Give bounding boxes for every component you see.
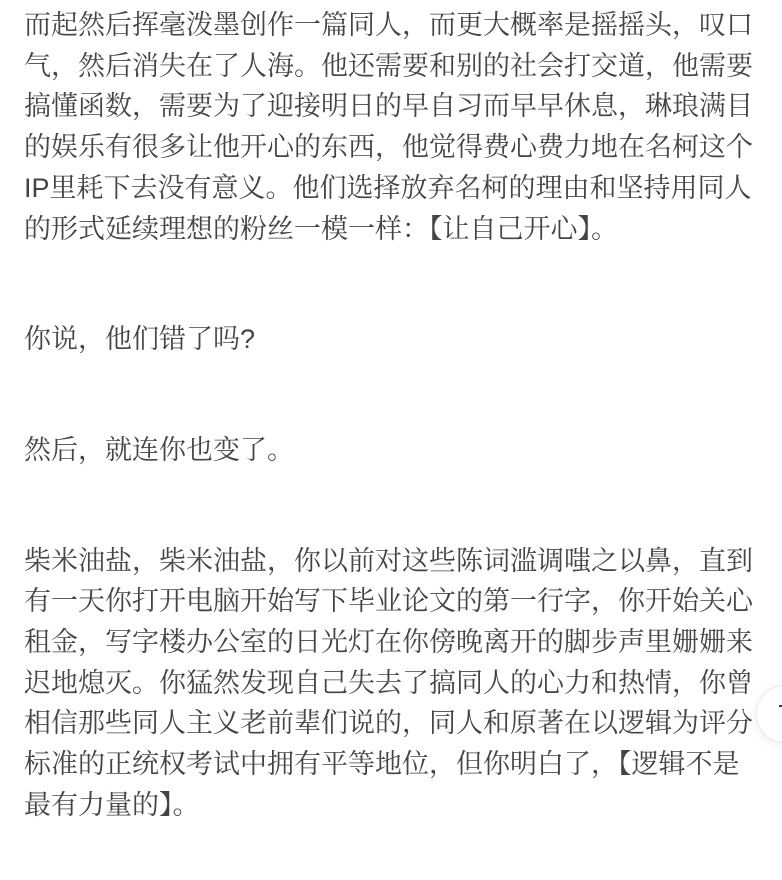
article-paragraph: 你说，他们错了吗?	[24, 319, 758, 360]
article-paragraph: 而起然后挥毫泼墨创作一篇同人，而更大概率是摇摇头，叹口气，然后消失在了人海。他还…	[24, 5, 758, 249]
article-paragraph: 柴米油盐，柴米油盐，你以前对这些陈词滥调嗤之以鼻，直到有一天你打开电脑开始写下毕…	[24, 541, 758, 826]
article-paragraph: 然后，就连你也变了。	[24, 430, 758, 471]
floating-button-glyph: 7	[778, 701, 782, 727]
article-body: 而起然后挥毫泼墨创作一篇同人，而更大概率是摇摇头，叹口气，然后消失在了人海。他还…	[0, 0, 782, 826]
